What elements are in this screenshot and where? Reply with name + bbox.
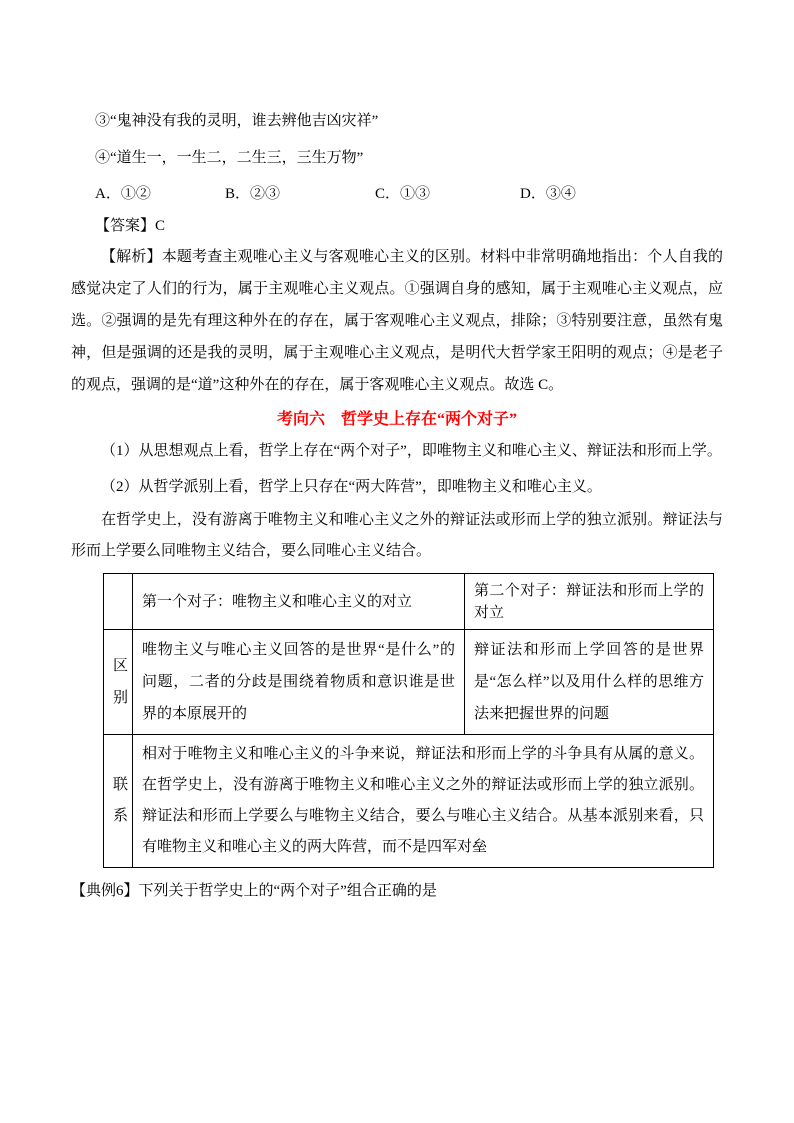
option-d: D．③④ bbox=[520, 177, 576, 211]
option-c: C．①③ bbox=[375, 177, 520, 211]
question-item-4: ④“道生一，一生二，二生三，三生万物” bbox=[71, 140, 723, 177]
distinction-materialism-cell: 唯物主义与唯心主义回答的是世界“是什么”的问题，二者的分歧是围绕着物质和意识谁是… bbox=[133, 630, 465, 735]
section-point-2: （2）从哲学派别上看，哲学上只存在“两大阵营”，即唯物主义和唯心主义。 bbox=[71, 469, 723, 505]
document-page: ③“鬼神没有我的灵明，谁去辨他吉凶灾祥” ④“道生一，一生二，二生三，三生万物”… bbox=[0, 0, 794, 1123]
question-item-3: ③“鬼神没有我的灵明，谁去辨他吉凶灾祥” bbox=[71, 103, 723, 140]
comparison-table: 第一个对子：唯物主义和唯心主义的对立 第二个对子：辩证法和形而上学的对立 区别 … bbox=[103, 573, 714, 868]
header-first-pair-cell: 第一个对子：唯物主义和唯心主义的对立 bbox=[133, 574, 465, 630]
table-row-connection: 联系 相对于唯物主义和唯心主义的斗争来说，辩证法和形而上学的斗争具有从属的意义。… bbox=[104, 735, 714, 868]
distinction-dialectics-cell: 辩证法和形而上学回答的是世界是“怎么样”以及用什么样的思维方法来把握世界的问题 bbox=[465, 630, 714, 735]
answer-line: 【答案】C bbox=[71, 211, 723, 241]
option-b: B．②③ bbox=[225, 177, 375, 211]
example-line: 【典例6】下列关于哲学史上的“两个对子”组合正确的是 bbox=[71, 876, 723, 906]
section-paragraph: 在哲学史上，没有游离于唯物主义和唯心主义之外的辩证法或形而上学的独立派别。辩证法… bbox=[71, 505, 723, 567]
page-content: ③“鬼神没有我的灵明，谁去辨他吉凶灾祥” ④“道生一，一生二，二生三，三生万物”… bbox=[71, 103, 723, 906]
table-header-row: 第一个对子：唯物主义和唯心主义的对立 第二个对子：辩证法和形而上学的对立 bbox=[104, 574, 714, 630]
analysis-paragraph: 【解析】本题考查主观唯心主义与客观唯心主义的区别。材料中非常明确地指出：个人自我… bbox=[71, 241, 723, 401]
table-row-distinction: 区别 唯物主义与唯心主义回答的是世界“是什么”的问题，二者的分歧是围绕着物质和意… bbox=[104, 630, 714, 735]
section-heading: 考向六 哲学史上存在“两个对子” bbox=[71, 407, 723, 433]
header-blank-cell bbox=[104, 574, 133, 630]
options-row: A．①②B．②③C．①③D．③④ bbox=[71, 177, 723, 211]
connection-label: 联系 bbox=[104, 735, 133, 868]
connection-text-cell: 相对于唯物主义和唯心主义的斗争来说，辩证法和形而上学的斗争具有从属的意义。在哲学… bbox=[133, 735, 714, 868]
header-second-pair-cell: 第二个对子：辩证法和形而上学的对立 bbox=[465, 574, 714, 630]
option-a: A．①② bbox=[95, 177, 225, 211]
distinction-label: 区别 bbox=[104, 630, 133, 735]
section-point-1: （1）从思想观点上看，哲学上存在“两个对子”，即唯物主义和唯心主义、辩证法和形而… bbox=[71, 433, 723, 469]
